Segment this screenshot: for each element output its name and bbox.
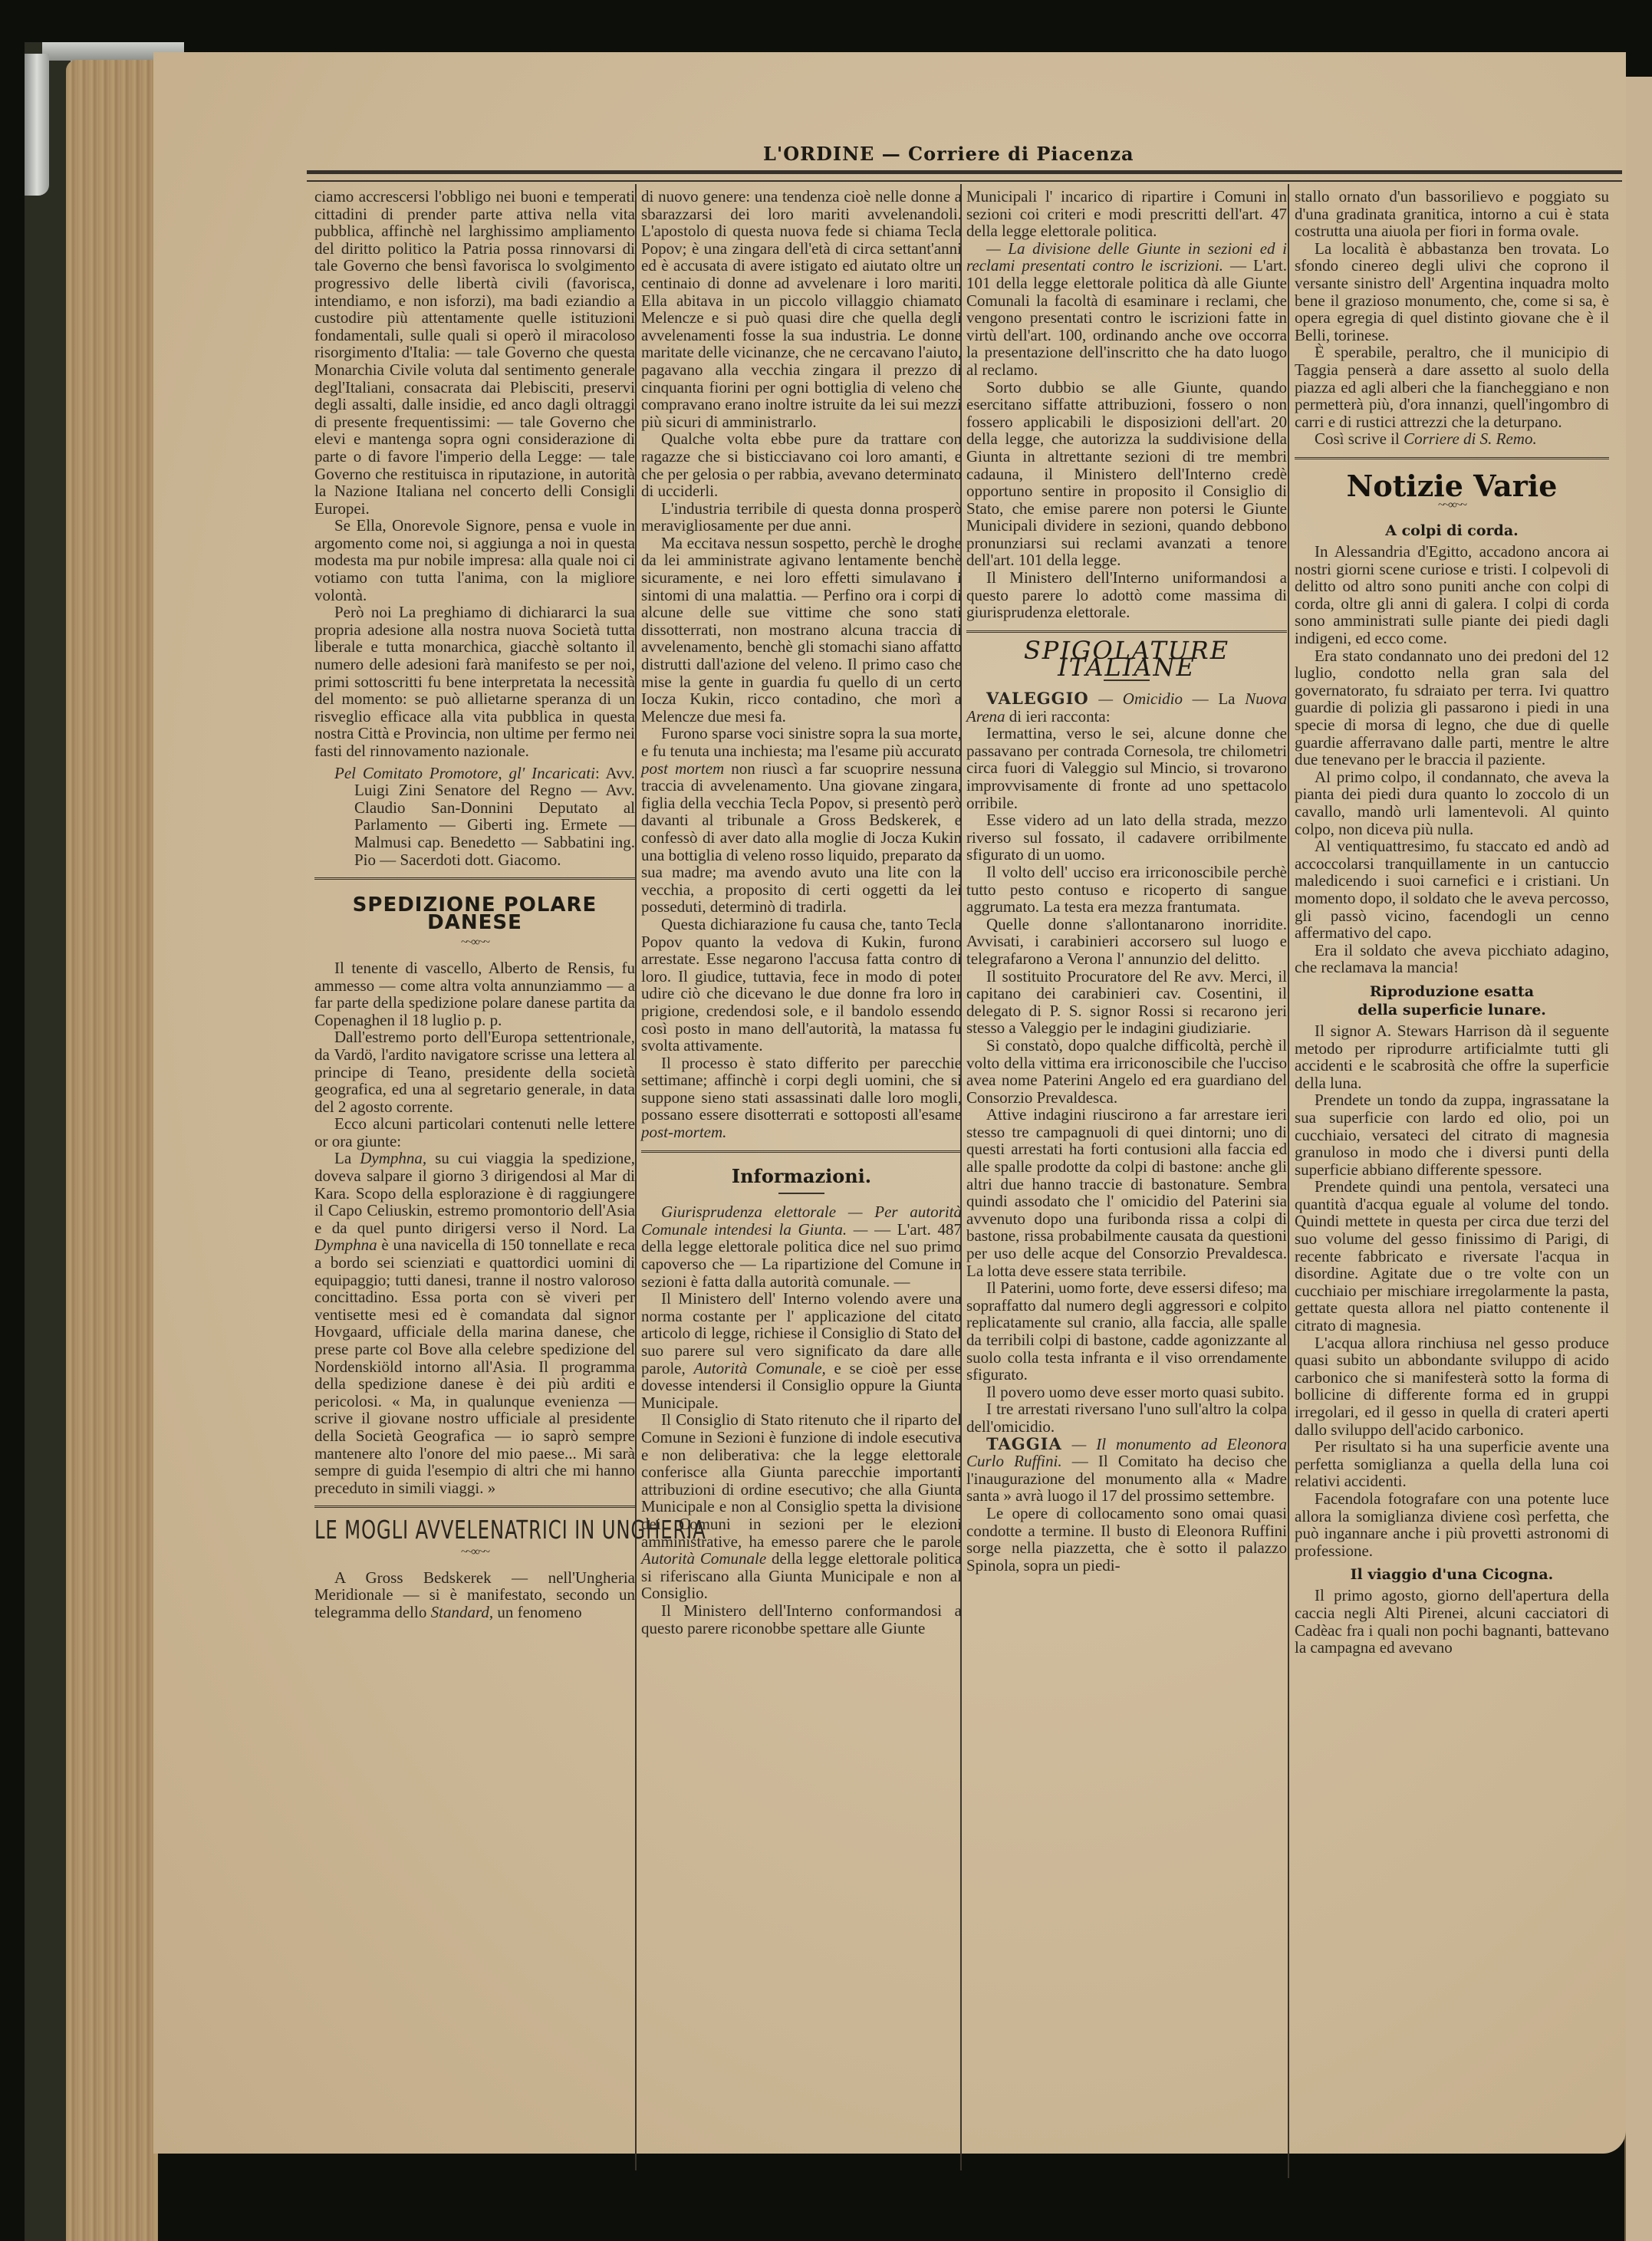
source-name: Standard, xyxy=(431,1603,493,1621)
signature-lead: Pel Comitato Promotore, gl' Incaricati xyxy=(334,764,595,782)
heading-informazioni: Informazioni. xyxy=(641,1168,962,1186)
paragraph: È sperabile, peraltro, che il municipio … xyxy=(1295,344,1609,430)
next-page-edge xyxy=(1624,77,1652,2241)
flourish-ornament: ~~∞~~ xyxy=(314,934,635,952)
paragraph: Attive indagini riuscirono a far arresta… xyxy=(966,1106,1287,1279)
paragraph: Era stato condannato uno dei predoni del… xyxy=(1295,647,1609,768)
paragraph: Il signor A. Stewars Harrison dà il segu… xyxy=(1295,1022,1609,1091)
paragraph: Il Consiglio di Stato ritenuto che il ri… xyxy=(641,1411,962,1602)
paragraph: Prendete un tondo da zuppa, ingrassatane… xyxy=(1295,1091,1609,1178)
text: non riuscì a far scuoprire nessuna tracc… xyxy=(641,759,962,916)
paragraph: L'acqua allora rinchiusa nel gesso produ… xyxy=(1295,1334,1609,1439)
paragraph: Furono sparse voci sinistre sopra la sua… xyxy=(641,725,962,916)
topic: — Omicidio xyxy=(1098,689,1183,708)
paragraph: Qualche volta ebbe pure da trattare con … xyxy=(641,430,962,499)
paragraph: Facendola fotografare con una potente lu… xyxy=(1295,1490,1609,1559)
term: Autorità Comunale, xyxy=(693,1359,825,1377)
paragraph: ciamo accrescersi l'obbligo nei buoni e … xyxy=(314,188,635,517)
latin-term: post mortem xyxy=(641,759,724,778)
paragraph: Il Paterini, uomo forte, deve essersi di… xyxy=(966,1279,1287,1384)
flourish-ornament: ~~∞~~ xyxy=(314,1544,635,1561)
paragraph: Sorto dubbio se alle Giunte, quando eser… xyxy=(966,379,1287,570)
paragraph: Ecco alcuni particolari contenuti nelle … xyxy=(314,1115,635,1150)
paragraph: Municipali l' incarico di ripartire i Co… xyxy=(966,188,1287,240)
column-2: di nuovo genere: una tendenza cioè nelle… xyxy=(641,188,962,1637)
section-rule xyxy=(314,1506,635,1508)
column-4: stallo ornato d'un bassorilievo e poggia… xyxy=(1295,188,1609,1657)
paragraph: di nuovo genere: una tendenza cioè nelle… xyxy=(641,188,962,430)
paragraph: Il sostituito Procuratore del Re avv. Me… xyxy=(966,968,1287,1037)
paragraph: Dall'estremo porto dell'Europa settentri… xyxy=(314,1028,635,1115)
paragraph: Per risultato si ha una superficie avent… xyxy=(1295,1438,1609,1490)
text: Così scrive il xyxy=(1315,429,1404,448)
subheading-superficie-lunare: Riproduzione esattadella superficie luna… xyxy=(1295,982,1609,1019)
paragraph: La località è abbastanza ben trovata. Lo… xyxy=(1295,240,1609,344)
section-rule xyxy=(966,630,1287,633)
paragraph: Le opere di collocamento sono omai quasi… xyxy=(966,1505,1287,1574)
masthead: L'ORDINE — Corriere di Piacenza xyxy=(763,143,1134,165)
paragraph: Il volto dell' ucciso era irriconoscibil… xyxy=(966,864,1287,916)
paragraph: TAGGIA — Il monumento ad Eleonora Curlo … xyxy=(966,1436,1287,1505)
ship-name: Dymphna xyxy=(314,1236,377,1254)
paragraph: Ma eccitava nessun sospetto, perchè le d… xyxy=(641,535,962,726)
heading-spigolature: SPIGOLATURE ITALIANE xyxy=(966,642,1287,676)
masthead-rule xyxy=(307,170,1622,182)
paragraph: Il tenente di vascello, Alberto de Rensi… xyxy=(314,959,635,1028)
column-divider xyxy=(1288,184,1289,2178)
place-name: VALEGGIO xyxy=(986,689,1089,708)
latin-term: post-mortem. xyxy=(641,1123,726,1141)
term: Autorità Comunale xyxy=(641,1549,766,1568)
paragraph: Era il soldato che aveva picchiato adagi… xyxy=(1295,942,1609,976)
heading-mogli: LE MOGLI AVVELENATRICI IN UNGHERIA xyxy=(314,1522,641,1539)
paragraph: Prendete quindi una pentola, versateci u… xyxy=(1295,1178,1609,1334)
column-1: ciamo accrescersi l'obbligo nei buoni e … xyxy=(314,188,635,1621)
paragraph: L'industria terribile di questa donna pr… xyxy=(641,500,962,535)
paragraph: In Alessandria d'Egitto, accadono ancora… xyxy=(1295,543,1609,647)
flourish-ornament: ~~∞~~ xyxy=(1295,497,1609,515)
signature-block: Pel Comitato Promotore, gl' Incaricati: … xyxy=(314,765,635,869)
paragraph: Così scrive il Corriere di S. Remo. xyxy=(1295,430,1609,448)
heading-spedizione: SPEDIZIONE POLARE DANESE xyxy=(314,897,635,931)
text: La xyxy=(334,1149,360,1167)
subheading-line: della superficie lunare. xyxy=(1357,1002,1546,1018)
paragraph: A Gross Bedskerek — nell'Ungheria Meridi… xyxy=(314,1569,635,1621)
paragraph: Iermattina, verso le sei, alcune donne c… xyxy=(966,725,1287,811)
paragraph: Esse videro ad un lato della strada, mez… xyxy=(966,811,1287,864)
text: — L'art. 101 della legge elettorale poli… xyxy=(966,256,1287,379)
subheading-colpi-di-corda: A colpi di corda. xyxy=(1295,522,1609,540)
text: di ieri racconta: xyxy=(1005,707,1111,726)
ship-name: Dymphna, xyxy=(360,1149,426,1167)
paragraph: Si constatò, dopo qualche difficoltà, pe… xyxy=(966,1037,1287,1106)
paragraph: Se Ella, Onorevole Signore, pensa e vuol… xyxy=(314,517,635,604)
paragraph: I tre arrestati riversano l'uno sull'alt… xyxy=(966,1400,1287,1435)
paragraph: Il primo agosto, giorno dell'apertura de… xyxy=(1295,1587,1609,1656)
section-rule xyxy=(641,1150,962,1153)
column-divider xyxy=(635,184,637,2170)
subheading-cicogna: Il viaggio d'una Cicogna. xyxy=(1295,1565,1609,1584)
section-rule xyxy=(1295,457,1609,459)
text: un fenomeno xyxy=(493,1603,581,1621)
paragraph: Il Ministero dell'Interno conformandosi … xyxy=(641,1602,962,1637)
source-name: Corriere di S. Remo. xyxy=(1404,429,1537,448)
paragraph: Il povero uomo deve esser morto quasi su… xyxy=(966,1384,1287,1401)
paragraph: Giurisprudenza elettorale — Per autorità… xyxy=(641,1203,962,1290)
section-rule xyxy=(314,877,635,880)
paragraph: VALEGGIO — Omicidio — La Nuova Arena di … xyxy=(966,690,1287,725)
paragraph: Il Ministero dell' Interno volendo avere… xyxy=(641,1290,962,1411)
paragraph: Al primo colpo, il condannato, che aveva… xyxy=(1295,768,1609,837)
place-name: TAGGIA xyxy=(986,1434,1062,1453)
paragraph: Però noi La preghiamo di dichiararci la … xyxy=(314,604,635,759)
column-3: Municipali l' incarico di ripartire i Co… xyxy=(966,188,1287,1574)
paragraph: La Dymphna, su cui viaggia la spedizione… xyxy=(314,1150,635,1496)
paragraph: stallo ornato d'un bassorilievo e poggia… xyxy=(1295,188,1609,240)
paragraph: Il processo è stato differito per parecc… xyxy=(641,1055,962,1141)
page-edges xyxy=(66,60,158,2241)
text: Il Consiglio di Stato ritenuto che il ri… xyxy=(641,1410,962,1550)
paragraph: Quelle donne s'allontanarono inorridite.… xyxy=(966,916,1287,968)
paragraph: Al ventiquattresimo, fu staccato ed andò… xyxy=(1295,837,1609,942)
metal-clip-side xyxy=(25,54,49,196)
paragraph: Questa dichiarazione fu causa che, tanto… xyxy=(641,916,962,1055)
text: è una navicella di 150 tonnellate e reca… xyxy=(314,1236,635,1496)
paragraph: — La divisione delle Giunte in sezioni e… xyxy=(966,240,1287,379)
text: Il processo è stato differito per parecc… xyxy=(641,1054,962,1124)
paragraph: Il Ministero dell'Interno uniformandosi … xyxy=(966,569,1287,621)
heading-notizie-varie: Notizie Varie xyxy=(1295,478,1609,495)
short-rule xyxy=(778,1193,824,1194)
subheading-line: Riproduzione esatta xyxy=(1370,983,1534,1000)
text: Furono sparse voci sinistre sopra la sua… xyxy=(641,724,962,760)
text: — La xyxy=(1183,689,1245,708)
